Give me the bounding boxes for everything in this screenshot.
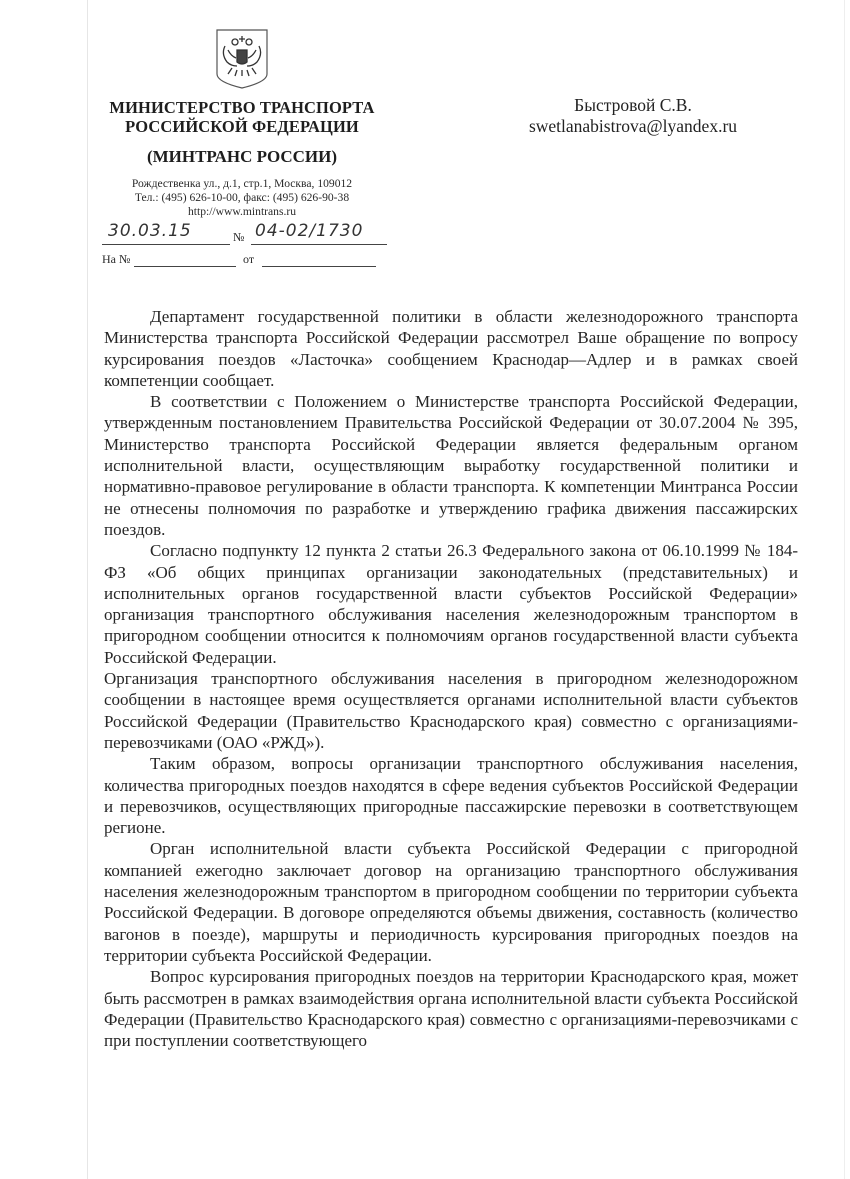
number-label: № <box>233 230 244 245</box>
org-name-line1: МИНИСТЕРСТВО ТРАНСПОРТА <box>92 98 392 117</box>
russian-coat-of-arms-icon <box>215 28 269 90</box>
addressee-email: swetlanabistrova@lyandex.ru <box>498 116 768 137</box>
registration-date: 30.03.15 <box>108 221 192 241</box>
body-paragraph: Департамент государственной политики в о… <box>104 306 798 391</box>
org-short-name: (МИНТРАНС РОССИИ) <box>92 147 392 167</box>
letter-body: Департамент государственной политики в о… <box>104 306 798 1051</box>
from-label: от <box>243 252 254 267</box>
reply-to-field <box>134 250 236 267</box>
scan-edge-line <box>87 0 88 1179</box>
org-name-line2: РОССИЙСКОЙ ФЕДЕРАЦИИ <box>92 117 392 136</box>
letterhead: МИНИСТЕРСТВО ТРАНСПОРТА РОССИЙСКОЙ ФЕДЕР… <box>92 28 392 219</box>
body-paragraph: Вопрос курсирования пригородных поездов … <box>104 966 798 1051</box>
number-field: 04-02/1730 <box>251 228 387 245</box>
date-field: 30.03.15 <box>102 228 230 245</box>
registration-number: 04-02/1730 <box>255 221 363 241</box>
org-address: Рождественка ул., д.1, стр.1, Москва, 10… <box>92 177 392 191</box>
body-paragraph: В соответствии с Положением о Министерст… <box>104 391 798 540</box>
body-paragraph: Таким образом, вопросы организации транс… <box>104 753 798 838</box>
body-paragraph: Организация транспортного обслуживания н… <box>104 668 798 753</box>
scan-edge-line-right <box>844 0 845 1179</box>
body-paragraph: Орган исполнительной власти субъекта Рос… <box>104 838 798 966</box>
addressee-name: Быстровой С.В. <box>498 95 768 116</box>
org-website: http://www.mintrans.ru <box>92 205 392 219</box>
org-phone: Тел.: (495) 626-10-00, факс: (495) 626-9… <box>92 191 392 205</box>
reply-to-label: На № <box>102 252 130 267</box>
body-paragraph: Согласно подпункту 12 пункта 2 статьи 26… <box>104 540 798 668</box>
addressee-block: Быстровой С.В. swetlanabistrova@lyandex.… <box>498 95 768 137</box>
from-field <box>262 250 376 267</box>
